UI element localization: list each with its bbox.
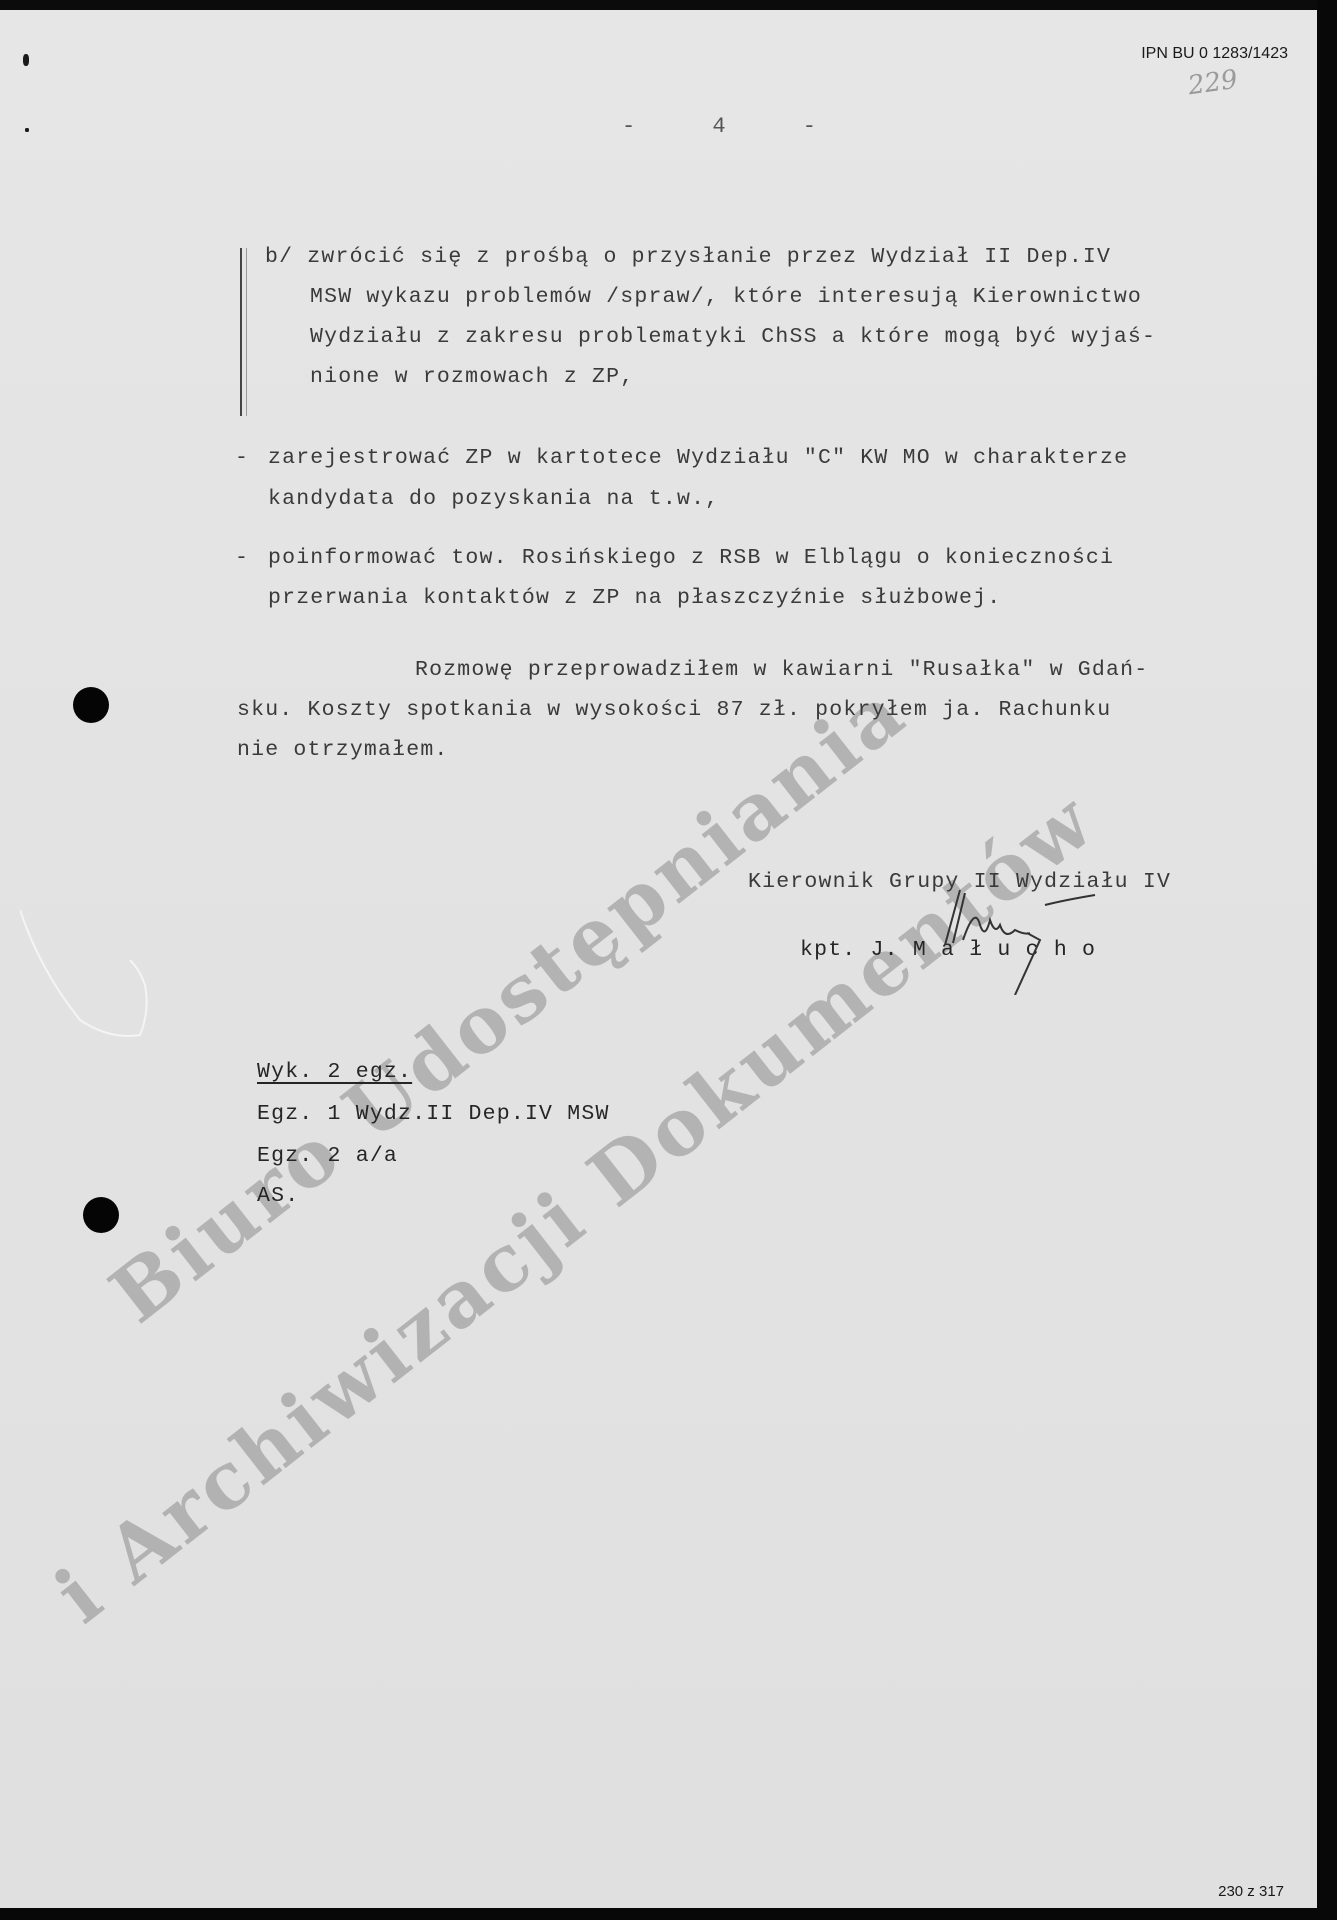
bullet-1-line-2: kandydata do pozyskania na t.w., bbox=[268, 489, 719, 511]
bullet-2-marker: - bbox=[235, 548, 249, 570]
scratch-mark bbox=[20, 890, 160, 1070]
distribution-line-2: Egz. 2 a/a bbox=[257, 1144, 398, 1168]
closing-line-3: nie otrzymałem. bbox=[237, 740, 449, 762]
bullet-2-line-2: przerwania kontaktów z ZP na płaszczyźni… bbox=[268, 588, 1001, 610]
page-number: - 4 - bbox=[622, 114, 848, 139]
item-b-line-4: nione w rozmowach z ZP, bbox=[310, 367, 634, 389]
scan-border-right bbox=[1317, 0, 1337, 1920]
punch-hole-bottom bbox=[83, 1197, 119, 1233]
item-b-line-2: MSW wykazu problemów /spraw/, które inte… bbox=[310, 287, 1142, 309]
document-page: Biuro Udostępniania i Archiwizacji Dokum… bbox=[0, 10, 1320, 1908]
item-b-line-1: b/ zwrócić się z prośbą o przysłanie prz… bbox=[265, 247, 1111, 269]
bullet-1-line-1: zarejestrować ZP w kartotece Wydziału "C… bbox=[268, 448, 1128, 470]
closing-line-1: Rozmowę przeprowadziłem w kawiarni "Rusa… bbox=[415, 660, 1148, 682]
margin-bar bbox=[240, 248, 247, 416]
closing-line-2: sku. Koszty spotkania w wysokości 87 zł.… bbox=[237, 700, 1111, 722]
ink-speck bbox=[23, 54, 29, 66]
distribution-heading: Wyk. 2 egz. bbox=[257, 1060, 412, 1084]
item-b-line-3: Wydziału z zakresu problematyki ChSS a k… bbox=[310, 327, 1156, 349]
bullet-2-line-1: poinformować tow. Rosińskiego z RSB w El… bbox=[268, 548, 1114, 570]
bullet-1-marker: - bbox=[235, 448, 249, 470]
scan-border-bottom bbox=[0, 1908, 1337, 1920]
pencil-annotation: 229 bbox=[1187, 65, 1240, 102]
punch-hole-top bbox=[73, 687, 109, 723]
distribution-line-3: AS. bbox=[257, 1184, 299, 1208]
archive-reference: IPN BU 0 1283/1423 bbox=[1141, 45, 1288, 63]
distribution-line-1: Egz. 1 Wydz.II Dep.IV MSW bbox=[257, 1102, 610, 1126]
ink-speck bbox=[25, 128, 29, 132]
page-count: 230 z 317 bbox=[1218, 1883, 1284, 1900]
